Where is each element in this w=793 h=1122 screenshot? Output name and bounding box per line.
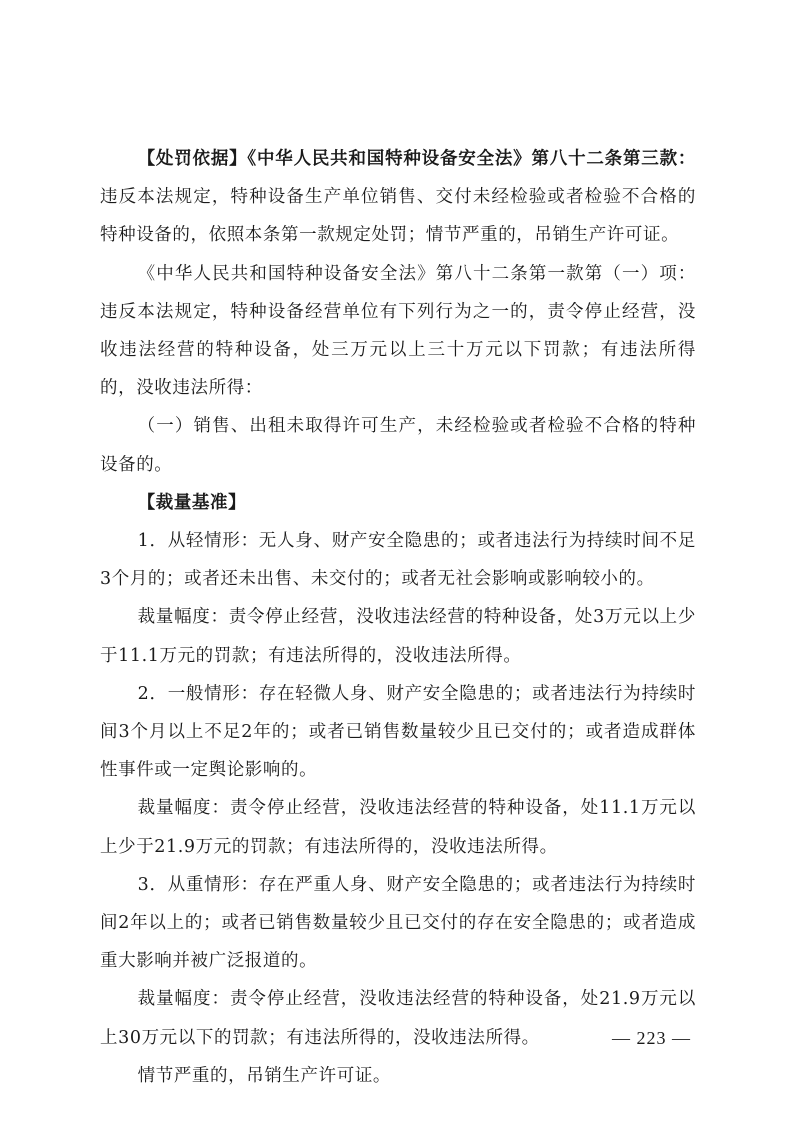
- standard-heavy-range: 裁量幅度：责令停止经营，没收违法经营的特种设备，处21.9万元以上30万元以下的…: [100, 980, 696, 1056]
- standard-heavy-condition: 3．从重情形：存在严重人身、财产安全隐患的；或者违法行为持续时间2年以上的；或者…: [100, 866, 696, 981]
- standard-light-condition: 1．从轻情形：无人身、财产安全隐患的；或者违法行为持续时间不足3个月的；或者还未…: [100, 522, 696, 598]
- standard-general-range: 裁量幅度：责令停止经营，没收违法经营的特种设备，处11.1万元以上少于21.9万…: [100, 789, 696, 865]
- penalty-basis-paragraph: 【处罚依据】《中华人民共和国特种设备安全法》第八十二条第三款：违反本法规定，特种…: [100, 140, 696, 255]
- penalty-basis-label: 【处罚依据】《中华人民共和国特种设备安全法》第八十二条第三款：: [138, 149, 696, 169]
- page-number: — 223 —: [612, 1028, 691, 1049]
- penalty-basis-text: 违反本法规定，特种设备生产单位销售、交付未经检验或者检验不合格的特种设备的，依照…: [100, 187, 696, 245]
- law-item-paragraph: （一）销售、出租未取得许可生产，未经检验或者检验不合格的特种设备的。: [100, 407, 696, 483]
- standard-light-range: 裁量幅度：责令停止经营，没收违法经营的特种设备，处3万元以上少于11.1万元的罚…: [100, 598, 696, 674]
- law-quote-paragraph: 《中华人民共和国特种设备安全法》第八十二条第一款第（一）项：违反本法规定，特种设…: [100, 255, 696, 408]
- document-body: 【处罚依据】《中华人民共和国特种设备安全法》第八十二条第三款：违反本法规定，特种…: [100, 140, 696, 1095]
- standard-general-condition: 2．一般情形：存在轻微人身、财产安全隐患的；或者违法行为持续时间3个月以上不足2…: [100, 675, 696, 790]
- closing-paragraph: 情节严重的，吊销生产许可证。: [100, 1057, 696, 1095]
- discretion-standard-heading: 【裁量基准】: [100, 484, 696, 522]
